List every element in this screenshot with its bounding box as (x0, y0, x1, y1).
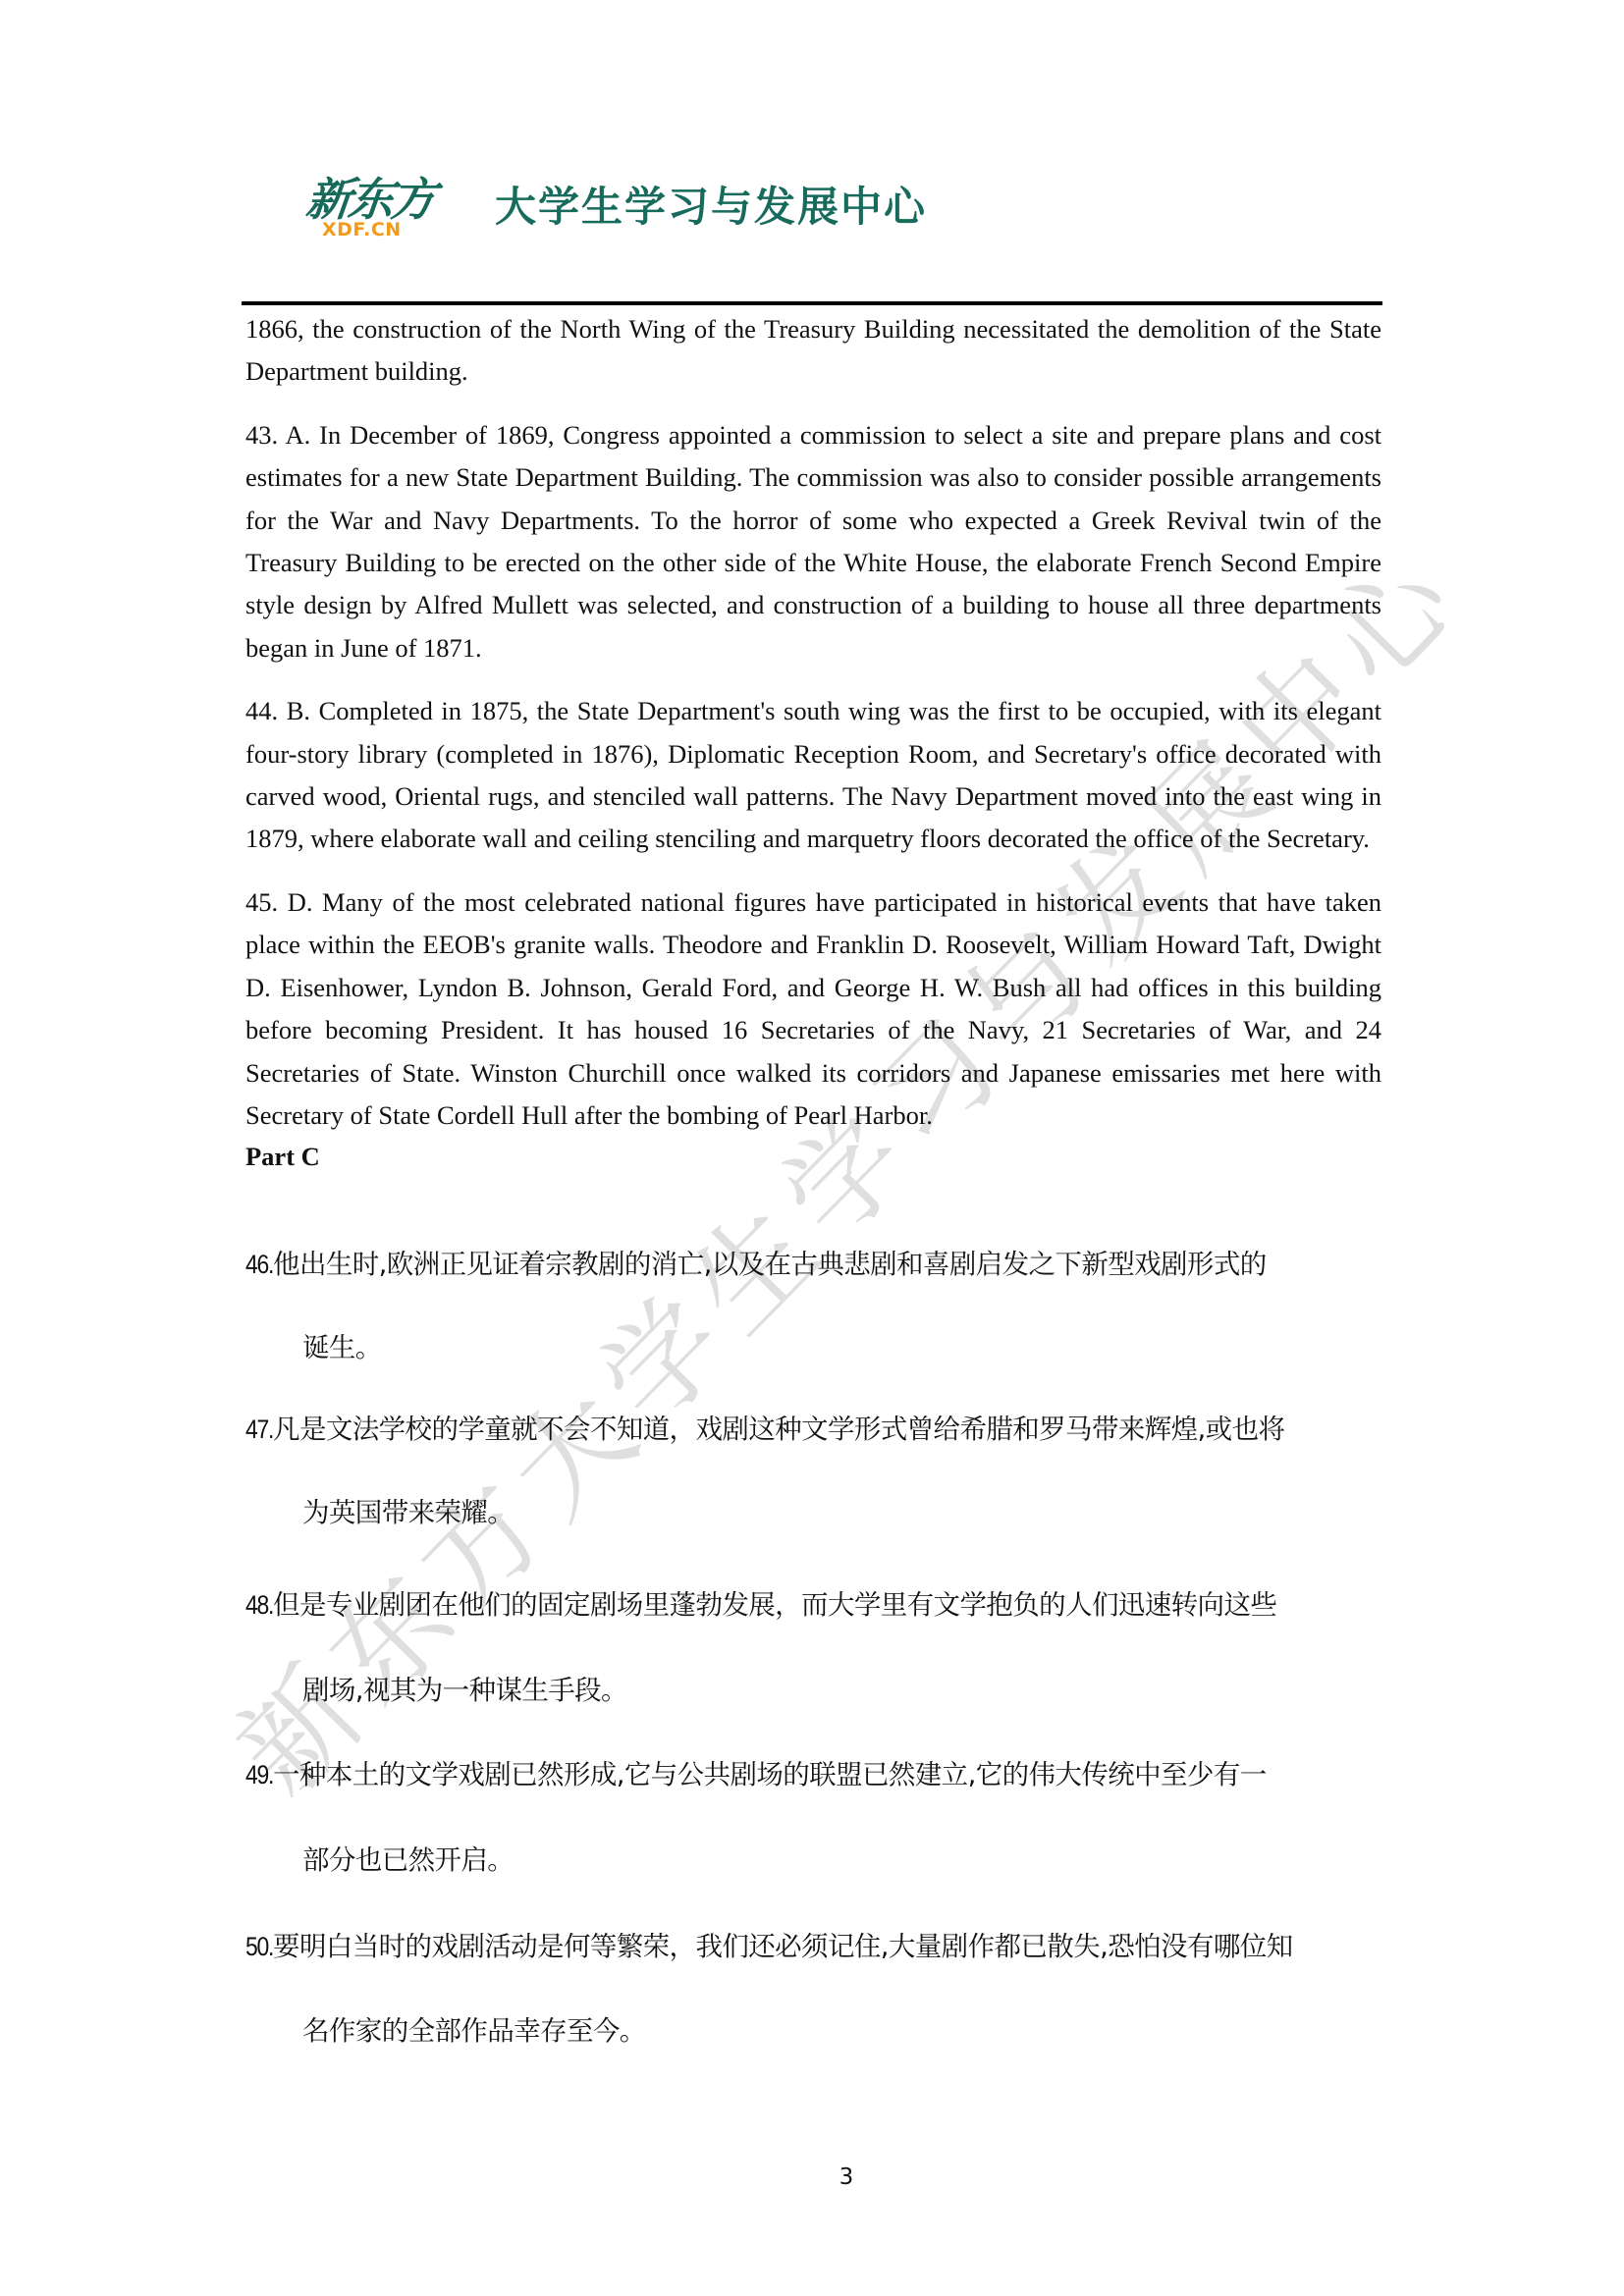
translation-line: 46.他出生时,欧洲正见证着宗教剧的消亡,以及在古典悲剧和喜剧启发之下新型戏剧形… (245, 1245, 1267, 1284)
header-divider (242, 301, 1382, 305)
item-number: 50. (245, 1927, 273, 1966)
paragraph-45: 45. D. Many of the most celebrated natio… (245, 881, 1381, 1137)
answer-explanations: 1866, the construction of the North Wing… (245, 308, 1381, 1176)
xdf-logo: 新东方 XDF.CN (306, 175, 468, 243)
translation-line: 48.但是专业剧团在他们的固定剧场里蓬勃发展，而大学里有文学抱负的人们迅速转向这… (245, 1585, 1276, 1625)
logo-domain: XDF.CN (322, 220, 402, 240)
document-page: 新东方大学生学习与发展中心 新东方 XDF.CN 大学生学习与发展中心 1866… (0, 0, 1624, 2296)
item-number: 47. (245, 1410, 273, 1449)
translation-line-cont: 部分也已然开启。 (302, 1841, 514, 1880)
translation-line: 49.一种本土的文学戏剧已然形成,它与公共剧场的联盟已然建立,它的伟大传统中至少… (245, 1755, 1267, 1794)
translation-line-cont: 诞生。 (302, 1328, 382, 1367)
paragraph-44: 44. B. Completed in 1875, the State Depa… (245, 690, 1381, 861)
translation-line-cont: 为英国带来荣耀。 (302, 1493, 514, 1532)
item-number: 48. (245, 1585, 273, 1625)
item-number: 46. (245, 1245, 273, 1284)
part-c-heading: Part C (245, 1137, 1381, 1176)
logo-wordmark: 新东方 (303, 175, 435, 224)
translation-line: 50.要明白当时的戏剧活动是何等繁荣，我们还必须记住,大量剧作都已散失,恐怕没有… (245, 1927, 1293, 1966)
paragraph-43: 43. A. In December of 1869, Congress app… (245, 414, 1381, 669)
translation-line-cont: 名作家的全部作品幸存至今。 (302, 2011, 646, 2051)
page-number: 3 (837, 2163, 856, 2192)
translation-line-cont: 剧场,视其为一种谋生手段。 (302, 1671, 627, 1710)
paragraph-continued: 1866, the construction of the North Wing… (245, 308, 1381, 394)
header-title: 大学生学习与发展中心 (495, 183, 927, 232)
item-number: 49. (245, 1755, 273, 1794)
translation-line: 47.凡是文法学校的学童就不会不知道，戏剧这种文学形式曾给希腊和罗马带来辉煌,或… (245, 1410, 1284, 1449)
